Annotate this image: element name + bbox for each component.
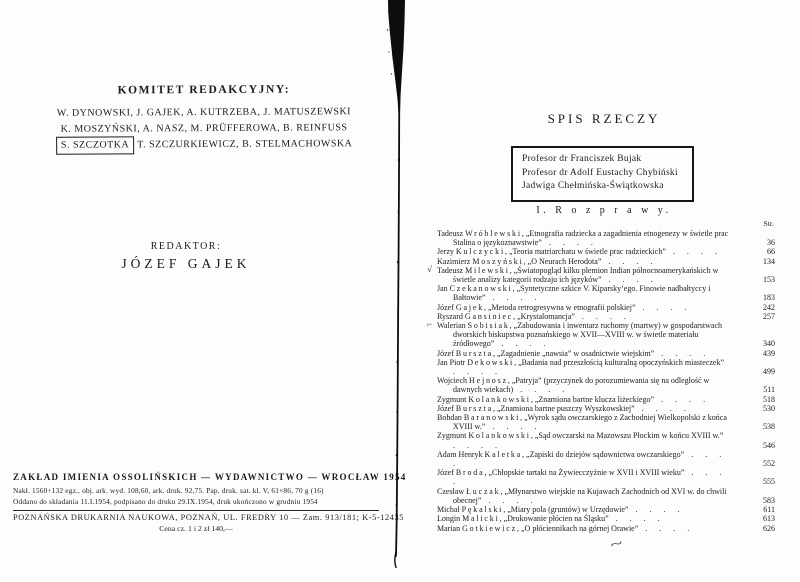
toc-page-number: 499 (741, 367, 775, 376)
toc-entry: Wojciech Hejnosz, „Patryja” (przyczynek … (437, 376, 775, 394)
toc-author-first-name: Józef (437, 349, 456, 358)
toc-page-number: 36 (741, 238, 775, 247)
toc-page-number: 257 (741, 312, 775, 321)
dedication-name: Profesor dr Franciszek Bujak (522, 153, 678, 167)
dedication-name: Profesor dr Adolf Eustachy Chybiński (522, 167, 678, 181)
toc-page-number: 242 (741, 303, 775, 312)
toc-page-number: 626 (741, 524, 775, 533)
handwritten-squiggle-mark: ~ (609, 535, 624, 553)
toc-author-surname: Broda (456, 468, 485, 477)
toc-author-first-name: Józef (437, 303, 456, 312)
toc-author-first-name: Jan Piotr (437, 358, 467, 367)
toc-entry-title: , „Chłopskie tartaki na Żywiecczyźnie w … (484, 468, 684, 477)
toc-author-first-name: Józef (437, 468, 456, 477)
toc-entry-title: , „Drukowanie płócien na Śląsku” (500, 514, 609, 523)
toc-entry: Michał Pękalski, „Miary pola (gruntów) w… (437, 505, 775, 514)
editorial-committee-block: KOMITET REDAKCYJNY: W. DYNOWSKI, J. GAJE… (28, 83, 380, 154)
toc-author-surname: Moszyński (472, 257, 523, 266)
toc-entry: Józef Burszta, „Znamiona bartne puszczy … (437, 404, 775, 413)
toc-author-surname: Pękalski (462, 505, 504, 514)
toc-entry: Bohdan Baranowski, „Wyrok sądu owczarski… (437, 413, 775, 431)
toc-entry-title: , „Zapiski do dziejów sądownictwa owczar… (522, 450, 684, 459)
dot-leader: . . . . (494, 339, 550, 348)
toc-author-first-name: Ryszard (437, 312, 465, 321)
toc-entry: Kazimierz Moszyński, „O Neurach Herodota… (437, 257, 775, 266)
toc-list: Tadeusz Wróblewski, „Etnografia radzieck… (437, 229, 775, 533)
toc-page-number: 134 (741, 257, 775, 266)
toc-page-number: 538 (741, 422, 775, 431)
dot-leader: . . . . (636, 303, 692, 312)
toc-entry-title: , „O Neurach Herodota” (524, 257, 602, 266)
toc-entry: Zygmunt Kolankowski, „Sąd owczarski na M… (437, 431, 775, 449)
dedication-name: Jadwiga Chełmińska-Świątkowska (522, 180, 678, 194)
toc-entry-title: , „Znamiona bartne klucza liżeckiego” (531, 395, 654, 404)
toc-entry: Józef Burszta, „Zagadnienie „nawsia” w o… (437, 349, 775, 358)
toc-author-surname: Gajek (456, 303, 484, 312)
toc-entry: Józef Gajek, „Metoda retrogresywna w etn… (437, 303, 775, 312)
toc-entry: Marian Gotkiewicz, „O płóciennikach na g… (437, 524, 775, 533)
toc-author-surname: Kolankowski (468, 395, 530, 404)
toc-entry: Longin Malicki, „Drukowanie płócien na Ś… (437, 514, 775, 523)
toc-page-number: 153 (741, 275, 775, 284)
margin-pencil-mark: ⌐ (427, 320, 432, 329)
dot-leader: . . . . (453, 367, 502, 376)
print-details-line-1: Nakł. 1560+132 egz., obj. ark. wyd. 108,… (13, 486, 379, 497)
toc-entry: Jan Czekanowski, „Syntetyczne szkice V. … (437, 284, 775, 302)
toc-author-first-name: Czesław (437, 487, 466, 496)
toc-page-number: 546 (741, 441, 775, 450)
scanned-book-spread: KOMITET REDAKCYJNY: W. DYNOWSKI, J. GAJE… (0, 0, 800, 582)
toc-author-first-name: Marian (437, 524, 462, 533)
toc-page-number: 183 (741, 293, 775, 302)
dot-leader: . . . . (485, 422, 541, 431)
imprint-divider (13, 510, 379, 511)
dot-leader: . . . . (638, 524, 694, 533)
dot-leader: . . . . (628, 505, 684, 514)
toc-page-number: 613 (741, 514, 775, 523)
toc-page-number: 530 (741, 404, 775, 413)
left-page: KOMITET REDAKCYJNY: W. DYNOWSKI, J. GAJE… (0, 0, 385, 582)
toc-entry: Tadeusz Wróblewski, „Etnografia radzieck… (437, 229, 775, 247)
toc-entry-title: , „Badania nad przeszłością kulturalną o… (514, 358, 724, 367)
toc-author-surname: Kolankowski (468, 431, 530, 440)
margin-pencil-mark: √ (427, 265, 432, 274)
editor-label: REDAKTOR: (0, 241, 372, 252)
toc-author-surname: Kaletka (485, 450, 522, 459)
toc-page-number: 439 (741, 349, 775, 358)
committee-heading: KOMITET REDAKCYJNY: (28, 83, 380, 97)
toc-author-first-name: Wojciech (437, 376, 469, 385)
toc-title: SPIS RZECZY (408, 111, 800, 127)
print-details-line-2: Oddano do składania 11.I.1954, podpisano… (13, 497, 379, 508)
toc-entry-title: , „Metoda retrogresywna w etnografii pol… (484, 303, 636, 312)
toc-author-surname: Milewski (465, 266, 510, 275)
dot-leader: . . . . (453, 441, 502, 450)
dot-leader: . . . . (485, 293, 541, 302)
toc-page-number: 66 (741, 247, 775, 256)
toc-entry: Zygmunt Kolankowski, „Znamiona bartne kl… (437, 395, 775, 404)
section-heading: I. R o z p r a w y. (408, 205, 800, 216)
toc-author-surname: Baranowski (464, 413, 520, 422)
toc-entry: Jan Piotr Dekowski, „Badania nad przeszł… (437, 358, 775, 376)
toc-page-number: 611 (741, 505, 775, 514)
dot-leader: . . . . (654, 349, 710, 358)
toc-entry-title: , „O płóciennikach na górnej Orawie” (517, 524, 638, 533)
toc-author-first-name: Walerian (437, 321, 468, 330)
toc-page-number: 555 (741, 477, 775, 486)
toc-author-first-name: Jerzy (437, 247, 456, 256)
dot-leader: . . . . (654, 395, 710, 404)
toc-entry: ⌐Walerian Sobisiak, „Zabudowania i inwen… (437, 321, 775, 349)
toc-author-surname: Sobisiak (468, 321, 510, 330)
toc-page-number: 518 (741, 395, 775, 404)
toc-entry-title: , „Krystalomancja” (513, 312, 575, 321)
toc-author-surname: Czekanowski (450, 284, 513, 293)
dot-leader: . . . . (666, 247, 722, 256)
editor-name: JÓZEF GAJEK (0, 256, 372, 272)
toc-author-first-name: Adam Henryk (437, 450, 485, 459)
toc-author-surname: Hejnosz (469, 376, 508, 385)
toc-author-surname: Dekowski (467, 358, 514, 367)
toc-author-surname: Gansiniec (465, 312, 513, 321)
dot-leader: . . . . (513, 385, 569, 394)
toc-author-first-name: Józef (437, 404, 456, 413)
toc-entry: Józef Broda, „Chłopskie tartaki na Żywie… (437, 468, 775, 486)
dot-leader: . . . . (481, 496, 537, 505)
toc-entry-title: , „Zagadnienie „nawsia” w osadnictwie wi… (493, 349, 654, 358)
dot-leader: . . . . (602, 275, 658, 284)
toc-author-surname: Burszta (456, 349, 493, 358)
toc-author-first-name: Longin (437, 514, 462, 523)
committee-names-line-3: S. SZCZOTKAT. SZCZURKIEWICZ, B. STELMACH… (28, 135, 380, 154)
toc-author-first-name: Tadeusz (437, 266, 465, 275)
dot-leader: . . . . (601, 257, 657, 266)
toc-author-surname: Kulczycki (456, 247, 505, 256)
toc-entry-title: , „Znamiona bartne puszczy Wyszkowskiej” (493, 404, 635, 413)
editor-block: REDAKTOR: JÓZEF GAJEK (0, 241, 372, 272)
toc-author-surname: Łuczak (466, 487, 500, 496)
dot-leader: . . . . (542, 238, 598, 247)
toc-author-first-name: Zygmunt (437, 395, 468, 404)
price-line: Cena cz. 1 i 2 zł 140,— (13, 524, 379, 533)
boxed-committee-name: S. SZCZOTKA (56, 136, 134, 154)
toc-entry-title: , „Teoria matriarchatu w świetle prac ra… (505, 247, 666, 256)
toc-author-first-name: Bohdan (437, 413, 464, 422)
dot-leader: . . . . (575, 312, 631, 321)
toc-entry-title: , „Miary pola (gruntów) w Urzędowie” (503, 505, 628, 514)
toc-author-first-name: Jan (437, 284, 450, 293)
dot-leader: . . . . (609, 514, 665, 523)
imprint-block: ZAKŁAD IMIENIA OSSOLIŃSKICH — WYDAWNICTW… (13, 472, 379, 533)
toc-page-number: 511 (741, 385, 775, 394)
toc-page-number: 583 (741, 496, 775, 505)
committee-names-line-1: W. DYNOWSKI, J. GAJEK, A. KUTRZEBA, J. M… (28, 104, 380, 121)
committee-names-line-3-rest: T. SZCZURKIEWICZ, B. STELMACHOWSKA (137, 138, 352, 150)
toc-page-number: 552 (741, 459, 775, 468)
toc-author-first-name: Tadeusz (437, 229, 465, 238)
printer-line: POZNAŃSKA DRUKARNIA NAUKOWA, POZNAŃ, UL.… (13, 513, 379, 522)
toc-author-first-name: Kazimierz (437, 257, 472, 266)
page-column-label: Str. (763, 219, 774, 228)
toc-author-first-name: Michał (437, 505, 462, 514)
committee-names-line-2: K. MOSZYŃSKI, A. NASZ, M. PRÜFFEROWA, B.… (28, 120, 380, 137)
toc-entry: Ryszard Gansiniec, „Krystalomancja” . . … (437, 312, 775, 321)
toc-author-first-name: Zygmunt (437, 431, 468, 440)
right-page: SPIS RZECZY Profesor dr Franciszek Bujak… (408, 0, 800, 582)
toc-entry-title: , „Sąd owczarski na Mazowszu Płockim w k… (531, 431, 724, 440)
toc-author-surname: Malicki (462, 514, 499, 523)
toc-author-surname: Gotkiewicz (462, 524, 517, 533)
toc-entry: √Tadeusz Milewski, „Światopogląd kilku p… (437, 266, 775, 284)
toc-author-surname: Burszta (456, 404, 493, 413)
dedication-box: Profesor dr Franciszek Bujak Profesor dr… (511, 146, 694, 202)
toc-entry: Jerzy Kulczycki, „Teoria matriarchatu w … (437, 247, 775, 256)
dot-leader: . . . . (635, 404, 691, 413)
toc-page-number: 340 (741, 339, 775, 348)
toc-author-surname: Wróblewski (465, 229, 522, 238)
publisher-line: ZAKŁAD IMIENIA OSSOLIŃSKICH — WYDAWNICTW… (13, 472, 379, 482)
toc-entry: Adam Henryk Kaletka, „Zapiski do dziejów… (437, 450, 775, 468)
toc-entry: Czesław Łuczak, „Młynarstwo wiejskie na … (437, 487, 775, 505)
